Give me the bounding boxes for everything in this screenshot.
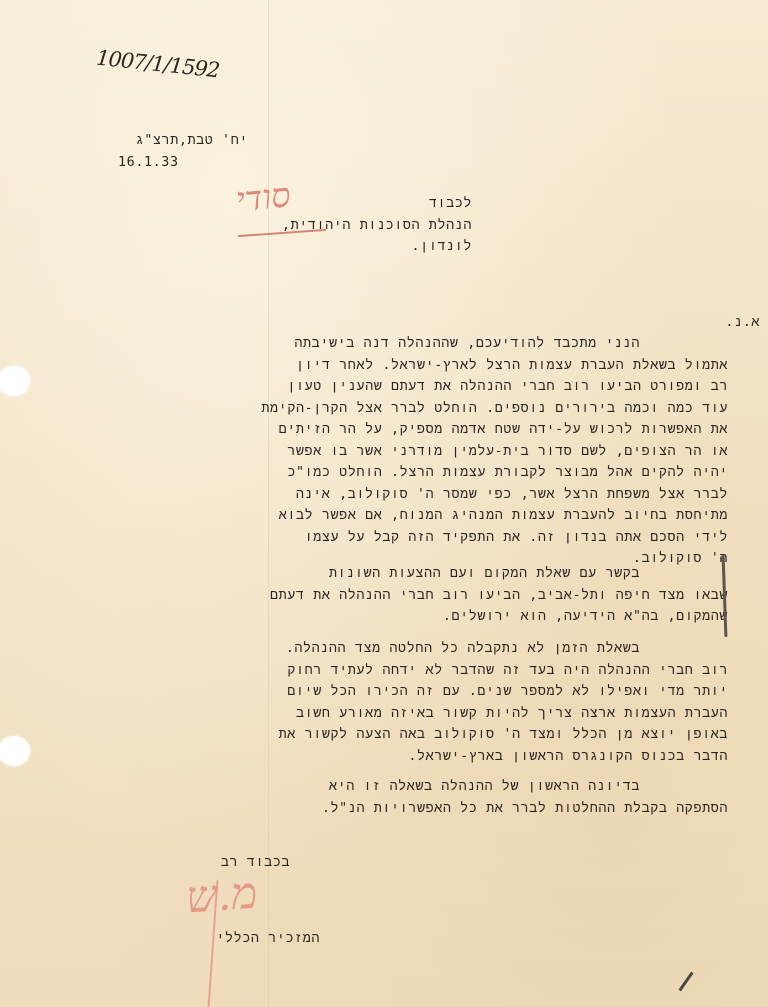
text-line: מתיחסת בחיוב להעברת עצמות המנהיג המנוח, … [90,505,728,527]
text-line: או הר הצופים, לשם סדור בית-עלמין מודרני … [90,441,728,463]
text-line: אתמול בשאלת העברת עצמות הרצל לארץ-ישראל.… [90,355,728,377]
date-block: יח' טבת,תרצ"ג 16.1.33 [108,130,248,173]
text-line: העברת העצמות ארצה צריך להיות קשור באיזה … [90,703,728,725]
addressee-line: לונדון. [300,236,472,258]
text-line: רוב חברי ההנהלה היה בעד זה שהדבר לא ידחה… [90,660,728,682]
text-line: עוד כמה וכמה בירורים נוספים. הוחלט לברר … [90,398,728,420]
text-line: את האפשרות לרכוש על-ידה שטח אדמה מספיק, … [90,419,728,441]
text-line: באופן יוצא מן הכלל ומצד ה' סוקולוב באה ה… [90,724,728,746]
paragraph-4: בדיונה הראשון של ההנהלה בשאלה זו היא הסת… [90,776,728,819]
text-line: יותר מדי ואפילו לא למספר שנים. עם זה הכי… [90,681,728,703]
punch-hole-bottom [0,736,30,766]
text-line: בדיונה הראשון של ההנהלה בשאלה זו היא [90,776,728,798]
paragraph-1: הנני מתכבד להודיעכם, שההנהלה דנה בישיבתה… [90,333,728,570]
text-line: יהיה להקים אהל מבוצר לקבורת עצמות הרצל. … [90,462,728,484]
text-line: הסתפקה בקבלת ההחלטות לברר את כל האפשרויו… [90,798,728,820]
handwritten-red-note: סודי [234,175,292,220]
addressee-line: לכבוד [300,193,472,215]
text-line: לברר אצל משפחת הרצל אשר, כפי שמסר ה' סוק… [90,484,728,506]
addressee-line: הנהלת הסוכנות היהודית, [300,215,472,237]
date-hebrew: יח' טבת,תרצ"ג [108,130,248,152]
text-line: הדבר בכנוס הקונגרס הראשון בארץ-ישראל. [90,746,728,768]
text-line: בקשר עם שאלת המקום ועם ההצעות השונות [90,563,728,585]
text-line: רב ומפורט הביעו רוב חברי ההנהלה את דעתם … [90,376,728,398]
text-line: לידי הסכם אתה בנדון זה. את התפקיד הזה קב… [90,527,728,549]
paragraph-3: בשאלת הזמן לא נתקבלה כל החלטה מצד ההנהלה… [90,638,728,767]
letter-page: 1007/1/1592 סודי יח' טבת,תרצ"ג 16.1.33 ל… [0,0,768,1007]
text-line: שהמקום, בה"א הידיעה, הוא ירושלים. [90,606,728,628]
salutation: א.נ. [640,312,760,334]
corner-pencil-mark [678,972,693,992]
date-numeric: 16.1.33 [108,152,248,174]
signer-title: המזכיר הכללי [170,928,320,950]
addressee-block: לכבוד הנהלת הסוכנות היהודית, לונדון. [300,193,472,258]
paragraph-2: בקשר עם שאלת המקום ועם ההצעות השונות שבא… [90,563,728,628]
text-line: הנני מתכבד להודיעכם, שההנהלה דנה בישיבתה [90,333,728,355]
handwritten-archive-number: 1007/1/1592 [95,46,220,83]
text-line: בשאלת הזמן לא נתקבלה כל החלטה מצד ההנהלה… [90,638,728,660]
handwritten-signature: מ.ש [184,868,259,924]
text-line: שבאו מצד חיפה ותל-אביב, הביעו רוב חברי ה… [90,585,728,607]
punch-hole-top [0,366,30,396]
